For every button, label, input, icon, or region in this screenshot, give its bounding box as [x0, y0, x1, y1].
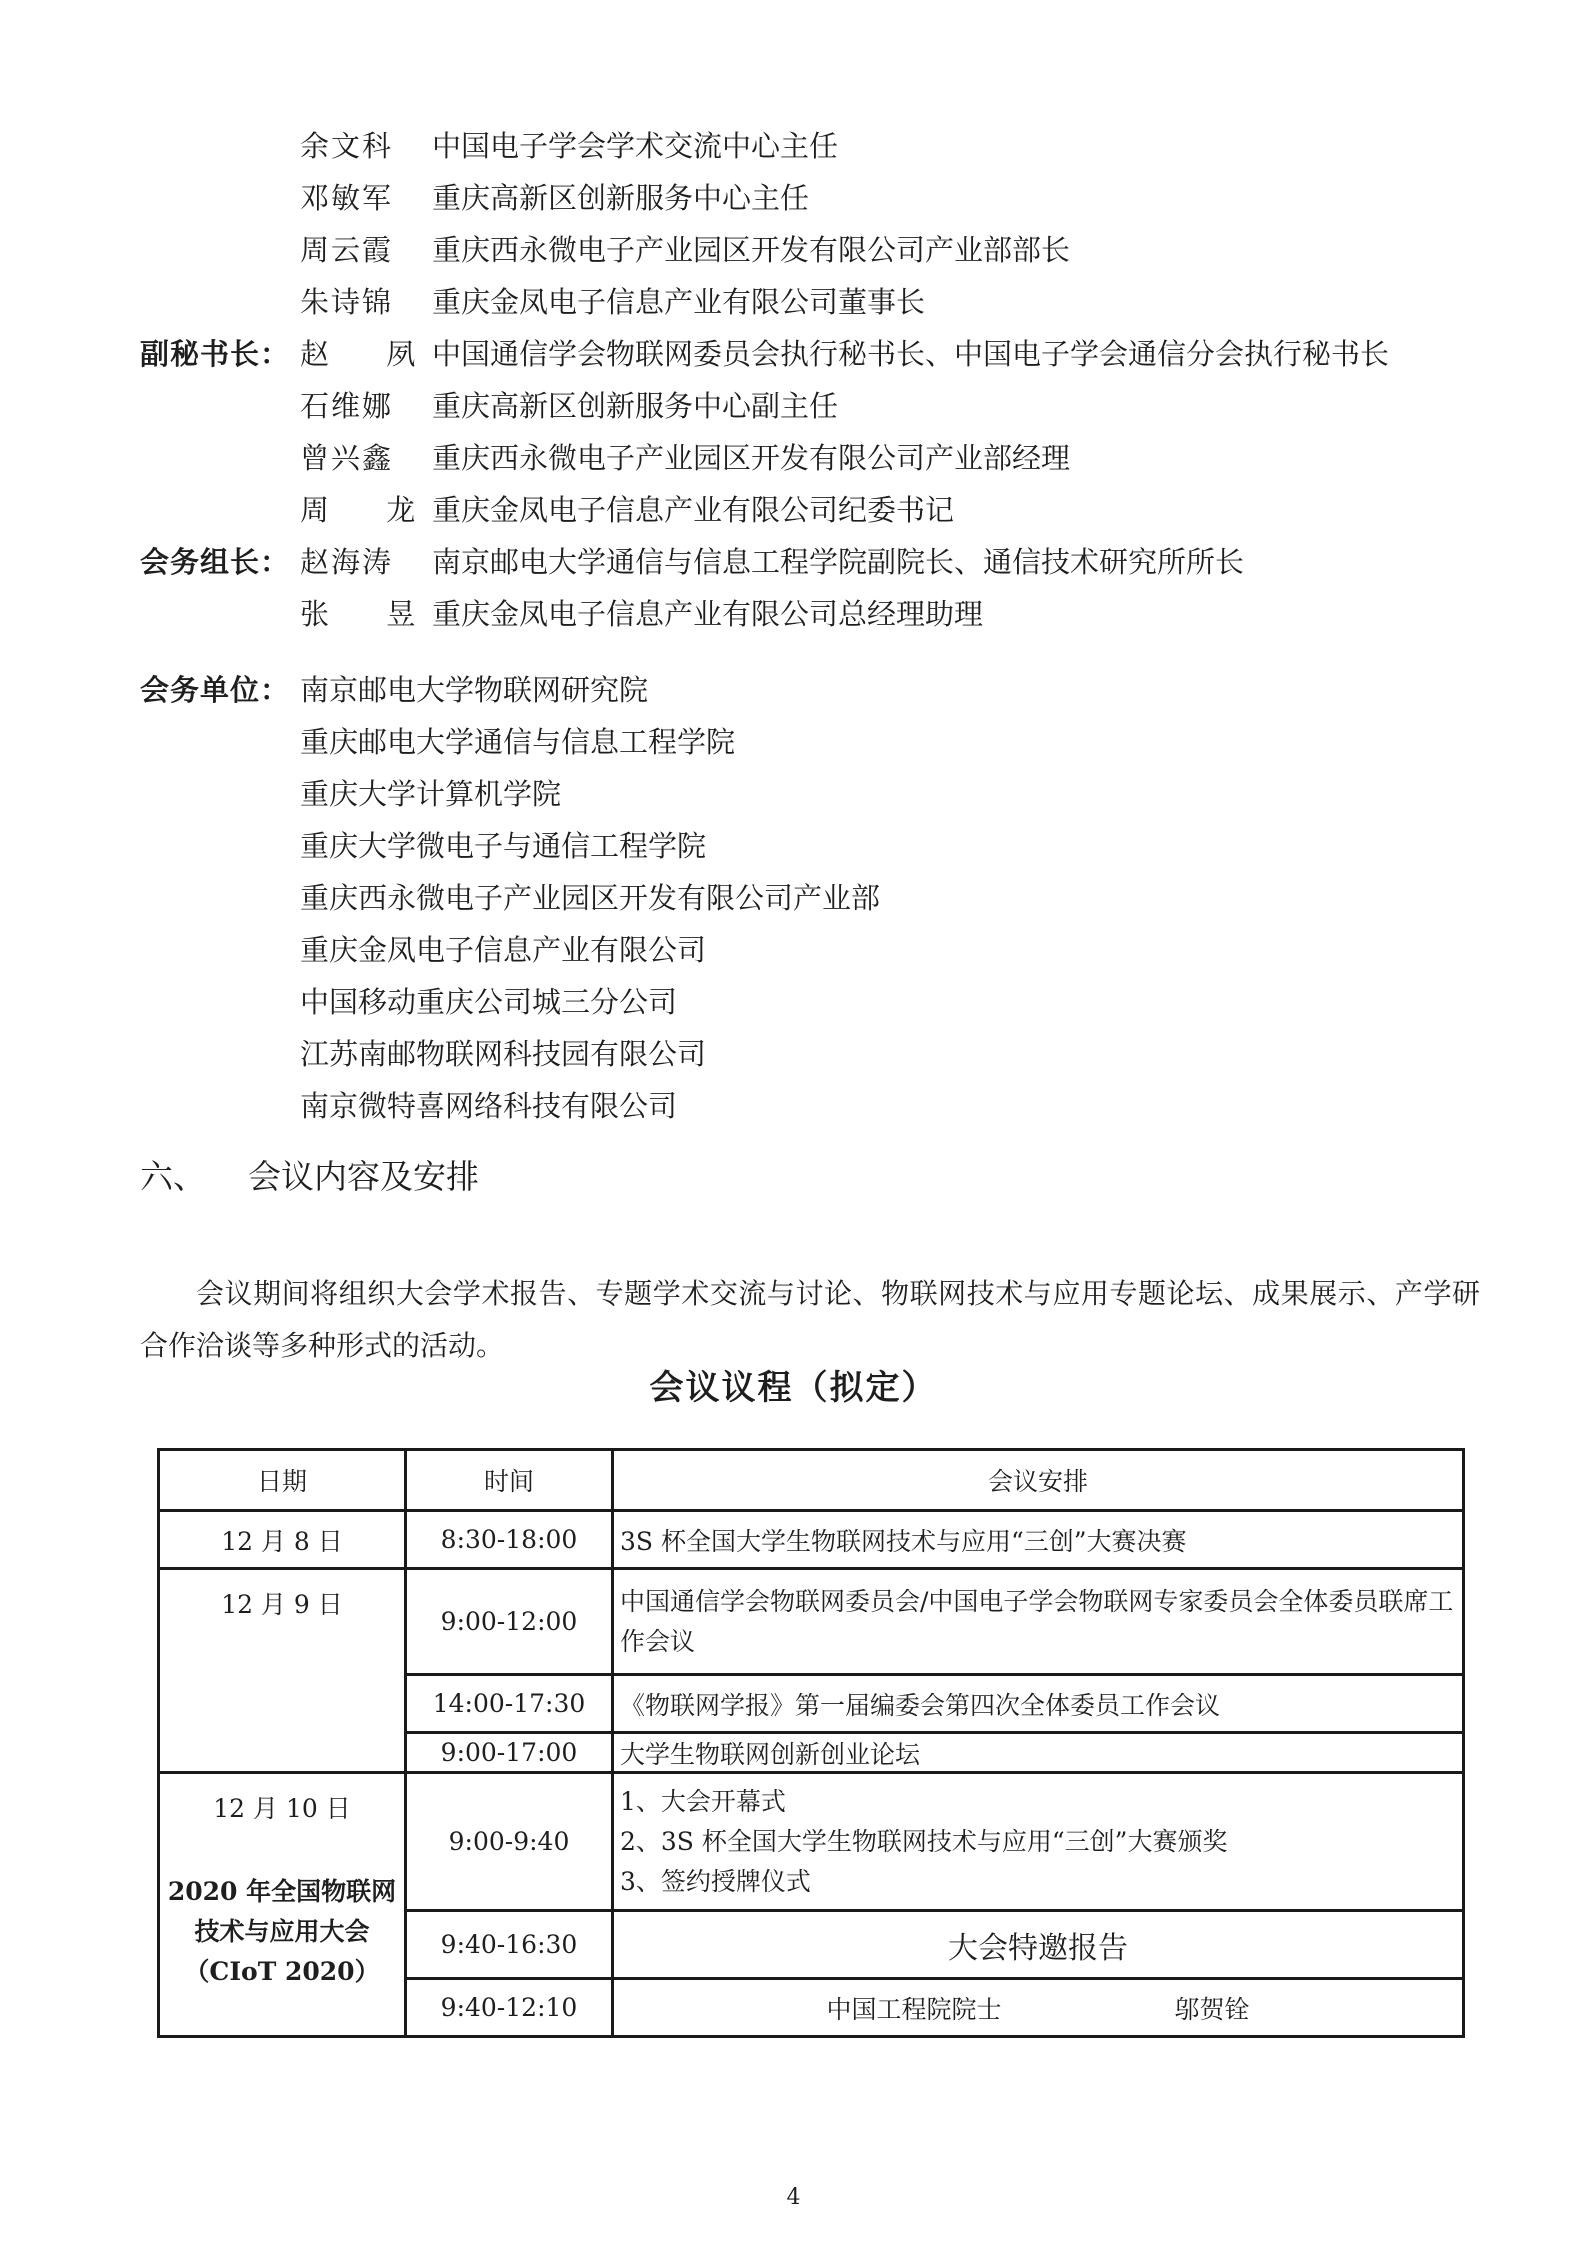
unit-item: 重庆邮电大学通信与信息工程学院: [300, 716, 735, 768]
header-date: 日期: [159, 1450, 406, 1511]
opening-item: 1、大会开幕式: [620, 1782, 1456, 1822]
organizer-title: 重庆金凤电子信息产业有限公司纪委书记: [432, 484, 954, 536]
opening-item: 2、3S 杯全国大学生物联网技术与应用“三创”大赛颁奖: [620, 1822, 1456, 1862]
opening-item: 3、签约授牌仪式: [620, 1862, 1456, 1902]
page-number: 4: [0, 2185, 1587, 2210]
time-cell: 8:30-18:00: [406, 1511, 613, 1569]
conference-name: 2020 年全国物联网技术与应用大会（CIoT 2020）: [166, 1872, 398, 1992]
organizer-title: 重庆高新区创新服务中心副主任: [432, 380, 838, 432]
agenda-title: 会议议程（拟定）: [0, 1360, 1587, 1409]
organizer-name: 曾兴鑫: [300, 432, 420, 484]
organizer-name: 张 昱: [300, 588, 420, 640]
content-cell: 3S 杯全国大学生物联网技术与应用“三创”大赛决赛: [613, 1511, 1464, 1569]
time-cell: 9:00-9:40: [406, 1773, 613, 1911]
organizer-title: 重庆金凤电子信息产业有限公司董事长: [432, 276, 925, 328]
date-cell: 12 月 9 日: [159, 1569, 406, 1773]
organizer-name: 周 龙: [300, 484, 420, 536]
organizer-name: 周云霞: [300, 224, 420, 276]
content-cell: 1、大会开幕式 2、3S 杯全国大学生物联网技术与应用“三创”大赛颁奖 3、签约…: [613, 1773, 1464, 1911]
content-cell: 《物联网学报》第一届编委会第四次全体委员工作会议: [613, 1675, 1464, 1733]
speaker-title: 中国工程院院士: [826, 1990, 1001, 2026]
agenda-table: 日期 时间 会议安排 12 月 8 日 8:30-18:00 3S 杯全国大学生…: [157, 1448, 1465, 2038]
units-label: 会务单位：: [140, 664, 300, 716]
time-cell: 14:00-17:30: [406, 1675, 613, 1733]
date-cell: 12 月 10 日 2020 年全国物联网技术与应用大会（CIoT 2020）: [159, 1773, 406, 2037]
date-cell: 12 月 8 日: [159, 1511, 406, 1569]
table-row: 12 月 10 日 2020 年全国物联网技术与应用大会（CIoT 2020） …: [159, 1773, 1464, 1911]
organizer-title: 重庆金凤电子信息产业有限公司总经理助理: [432, 588, 983, 640]
unit-item: 南京微特喜网络科技有限公司: [300, 1080, 677, 1132]
unit-item: 江苏南邮物联网科技园有限公司: [300, 1028, 706, 1080]
organizer-role-label: 副秘书长：: [140, 328, 300, 380]
organizer-name: 邓敏军: [300, 172, 420, 224]
unit-item: 重庆大学计算机学院: [300, 768, 561, 820]
organizer-title: 南京邮电大学通信与信息工程学院副院长、通信技术研究所所长: [432, 536, 1244, 588]
organizer-name: 赵海涛: [300, 536, 420, 588]
organizer-title: 中国电子学会学术交流中心主任: [432, 120, 838, 172]
time-cell: 9:40-16:30: [406, 1911, 613, 1979]
header-content: 会议安排: [613, 1450, 1464, 1511]
section-paragraph: 会议期间将组织大会学术报告、专题学术交流与讨论、物联网技术与应用专题论坛、成果展…: [140, 1268, 1480, 1372]
table-row: 12 月 9 日 9:00-12:00 中国通信学会物联网委员会/中国电子学会物…: [159, 1569, 1464, 1675]
table-header-row: 日期 时间 会议安排: [159, 1450, 1464, 1511]
header-time: 时间: [406, 1450, 613, 1511]
unit-item: 南京邮电大学物联网研究院: [300, 664, 648, 716]
speaker-name: 邬贺铨: [1174, 1990, 1249, 2026]
organizer-title: 重庆西永微电子产业园区开发有限公司产业部经理: [432, 432, 1070, 484]
organizer-name: 余文科: [300, 120, 420, 172]
document-page: 余文科 中国电子学会学术交流中心主任 邓敏军 重庆高新区创新服务中心主任 周云霞…: [0, 0, 1587, 2244]
table-row: 12 月 8 日 8:30-18:00 3S 杯全国大学生物联网技术与应用“三创…: [159, 1511, 1464, 1569]
section-heading: 六、会议内容及安排: [140, 1152, 479, 1202]
organizer-title: 重庆高新区创新服务中心主任: [432, 172, 809, 224]
organizer-name: 赵 夙: [300, 328, 420, 380]
time-cell: 9:00-12:00: [406, 1569, 613, 1675]
section-title: 会议内容及安排: [248, 1157, 479, 1196]
content-cell: 中国工程院院士 邬贺铨: [613, 1979, 1464, 2037]
organizer-name: 朱诗锦: [300, 276, 420, 328]
content-cell: 大会特邀报告: [613, 1911, 1464, 1979]
time-cell: 9:40-12:10: [406, 1979, 613, 2037]
organizer-title: 重庆西永微电子产业园区开发有限公司产业部部长: [432, 224, 1070, 276]
date-label: 12 月 10 日: [166, 1788, 398, 1830]
unit-item: 重庆西永微电子产业园区开发有限公司产业部: [300, 872, 880, 924]
content-cell: 大学生物联网创新创业论坛: [613, 1733, 1464, 1773]
organizer-role-label: 会务组长：: [140, 536, 300, 588]
unit-item: 重庆金凤电子信息产业有限公司: [300, 924, 706, 976]
time-cell: 9:00-17:00: [406, 1733, 613, 1773]
organizer-name: 石维娜: [300, 380, 420, 432]
section-number: 六、: [140, 1152, 248, 1202]
unit-item: 重庆大学微电子与通信工程学院: [300, 820, 706, 872]
unit-item: 中国移动重庆公司城三分公司: [300, 976, 677, 1028]
speaker-row: 中国工程院院士 邬贺铨: [620, 1990, 1456, 2026]
organizer-title: 中国通信学会物联网委员会执行秘书长、中国电子学会通信分会执行秘书长: [432, 328, 1389, 380]
content-cell: 中国通信学会物联网委员会/中国电子学会物联网专家委员会全体委员联席工作会议: [613, 1569, 1464, 1675]
